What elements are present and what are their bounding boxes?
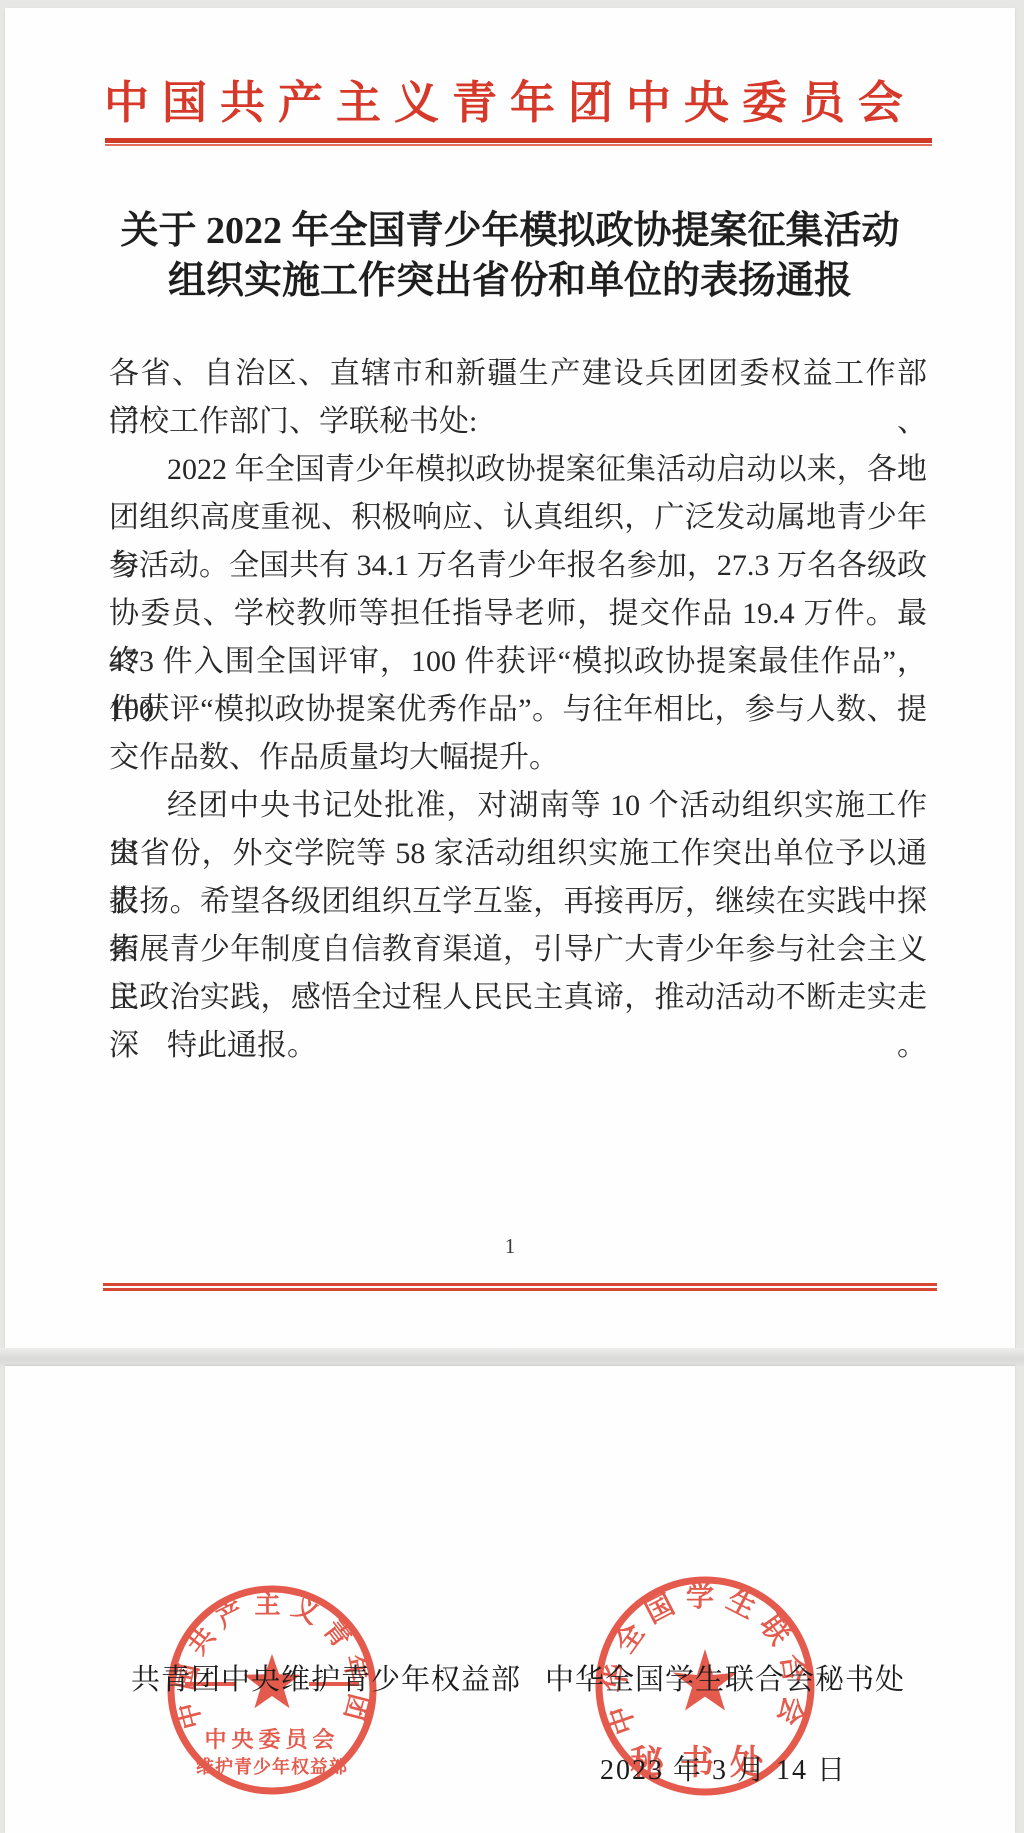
document-page-1: 中国共产主义青年团中央委员会 关于 2022 年全国青少年模拟政协提案征集活动 …	[5, 8, 1015, 1348]
red-header-rule	[105, 138, 932, 146]
issuing-organization-header: 中国共产主义青年团中央委员会	[5, 66, 1015, 131]
left-signature: 共青团中央维护青少年权益部	[131, 1657, 521, 1698]
body-line: 经团中央书记处批准，对湖南等 10 个活动组织实施工作突	[109, 782, 927, 830]
page-separator	[0, 1348, 1024, 1366]
body-line: 各省、自治区、直辖市和新疆生产建设兵团团委权益工作部门、	[109, 350, 927, 398]
document-title-line1: 关于 2022 年全国青少年模拟政协提案征集活动	[5, 206, 1015, 256]
body-line: 拓展青少年制度自信教育渠道，引导广大青少年参与社会主义民	[109, 926, 927, 974]
body-line: 件获评“模拟政协提案优秀作品”。与往年相比，参与人数、提	[109, 686, 927, 734]
seal-line1: 中央委员会	[204, 1727, 339, 1752]
red-header-rule-thin	[105, 144, 932, 146]
page-number: 1	[5, 1234, 1015, 1259]
body-line: 473 件入围全国评审，100 件获评“模拟政协提案最佳作品”，100	[109, 638, 927, 686]
seal-line2: 维护青少年权益部	[196, 1756, 348, 1777]
red-footer-rule-top	[103, 1283, 937, 1286]
right-signature: 中华全国学生联合会秘书处	[545, 1657, 905, 1698]
body-line: 主政治实践，感悟全过程人民民主真谛，推动活动不断走实走深。	[109, 974, 927, 1022]
body-line: 团组织高度重视、积极响应、认真组织，广泛发动属地青少年参	[109, 494, 927, 542]
body-line: 与活动。全国共有 34.1 万名青少年报名参加，27.3 万名各级政	[109, 542, 927, 590]
body-line: 协委员、学校教师等担任指导老师，提交作品 19.4 万件。最终，	[109, 590, 927, 638]
body-line: 2022 年全国青少年模拟政协提案征集活动启动以来，各地	[109, 446, 927, 494]
body-line: 表扬。希望各级团组织互学互鉴，再接再厉，继续在实践中探索	[109, 878, 927, 926]
body-line: 出省份，外交学院等 58 家活动组织实施工作突出单位予以通报	[109, 830, 927, 878]
document-body: 各省、自治区、直辖市和新疆生产建设兵团团委权益工作部门、 学校工作部门、学联秘书…	[109, 350, 927, 1070]
red-footer-rule-bottom	[103, 1288, 937, 1291]
red-footer-rule	[103, 1283, 937, 1291]
red-header-rule-thick	[105, 138, 932, 143]
document-date: 2023 年 3 月 14 日	[600, 1748, 847, 1788]
body-line: 交作品数、作品质量均大幅提升。	[109, 734, 927, 782]
document-title-line2: 组织实施工作突出省份和单位的表扬通报	[5, 256, 1015, 306]
document-title: 关于 2022 年全国青少年模拟政协提案征集活动 组织实施工作突出省份和单位的表…	[5, 206, 1015, 306]
